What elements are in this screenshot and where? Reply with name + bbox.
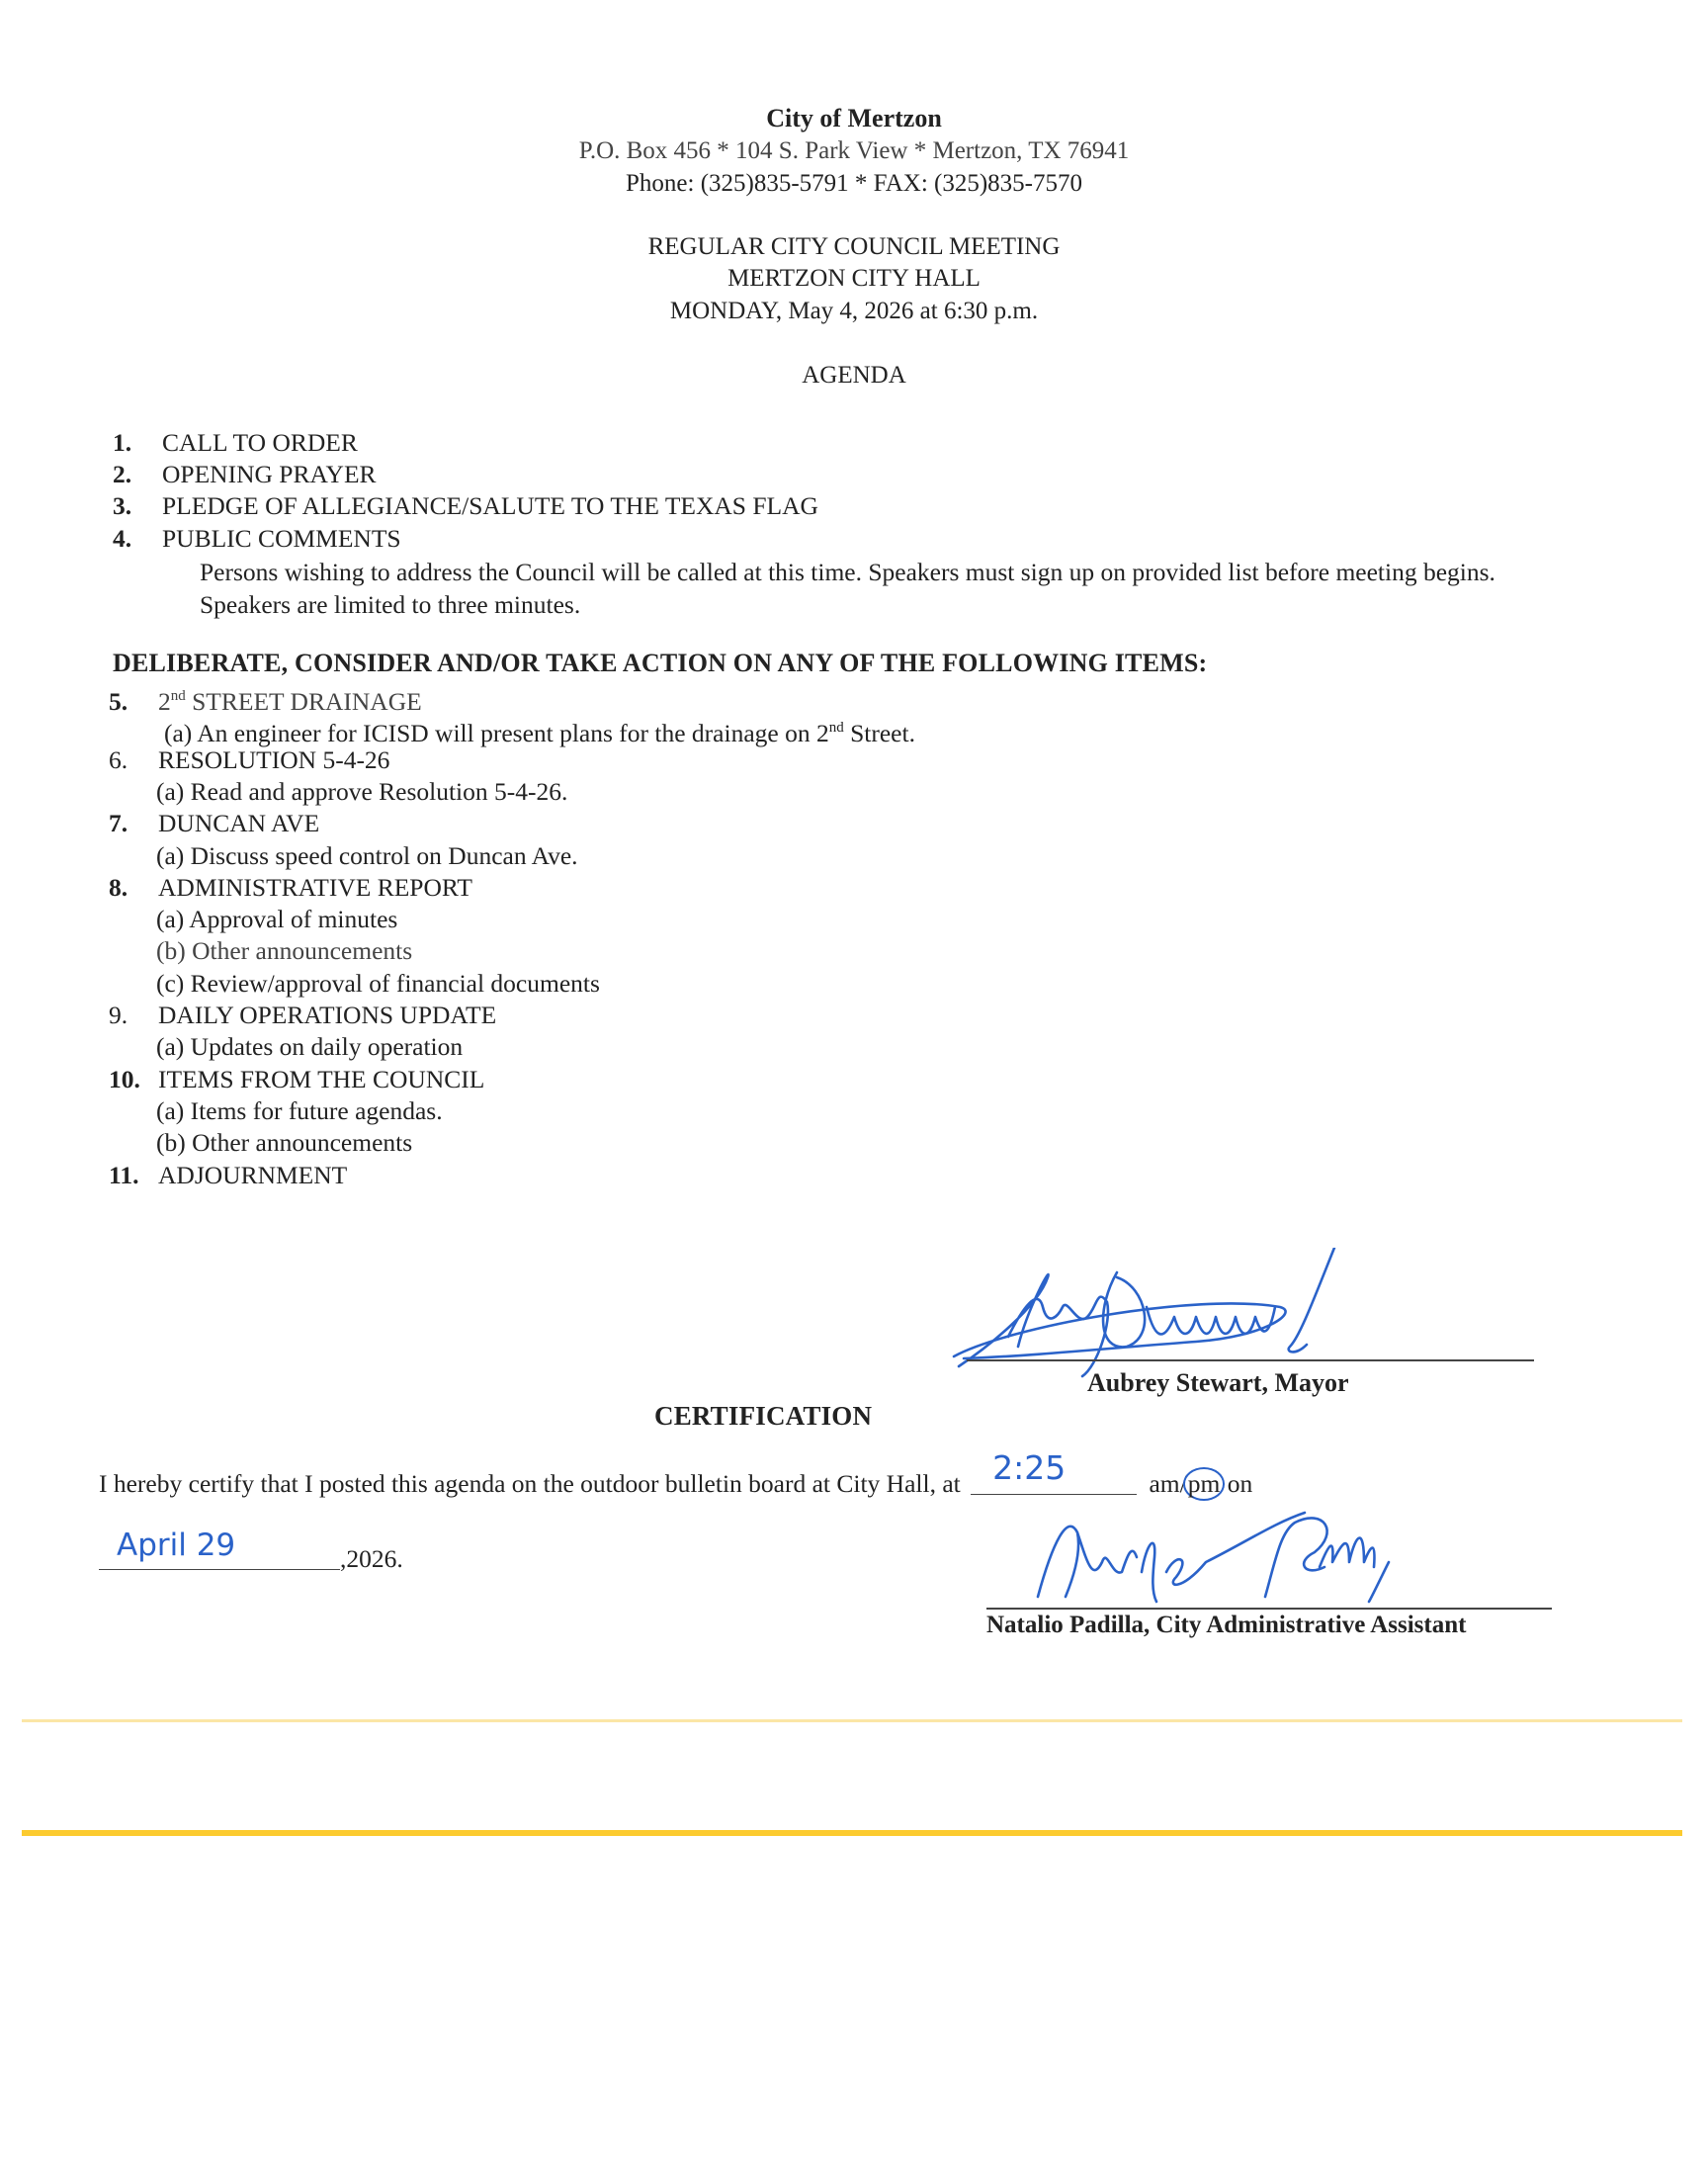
time-field[interactable]: 2:25 [971, 1470, 1137, 1495]
item-label: OPENING PRAYER [162, 460, 377, 488]
public-comments-note: Persons wishing to address the Council w… [200, 556, 1583, 621]
item-label: DAILY OPERATIONS UPDATE [158, 1001, 496, 1029]
item-number: 11. [109, 1160, 158, 1191]
assistant-signature-line [986, 1608, 1552, 1610]
item-number: 4. [113, 523, 162, 555]
item-number: 10. [109, 1064, 158, 1095]
certification-statement: I hereby certify that I posted this agen… [99, 1469, 961, 1498]
org-name: City of Mertzon [0, 103, 1708, 133]
item-number: 2. [113, 459, 162, 490]
assistant-signature-icon [1008, 1503, 1423, 1621]
item-number: 9. [109, 1000, 158, 1031]
mayor-name: Aubrey Stewart, Mayor [1087, 1368, 1349, 1398]
yellow-rule-thick [22, 1830, 1682, 1836]
meeting-location: MERTZON CITY HALL [0, 263, 1708, 294]
agenda-item: 10.ITEMS FROM THE COUNCIL [109, 1064, 484, 1095]
date-field[interactable]: April 29 [99, 1545, 340, 1570]
item-number: 1. [113, 427, 162, 459]
agenda-subitem: (a) Read and approve Resolution 5-4-26. [156, 776, 567, 808]
time-handwritten: 2:25 [992, 1448, 1066, 1487]
year-label: ,2026. [340, 1544, 403, 1573]
item-label: CALL TO ORDER [162, 428, 358, 457]
item-number: 6. [109, 744, 158, 776]
agenda-item: 11.ADJOURNMENT [109, 1160, 347, 1191]
certification-heading: CERTIFICATION [654, 1401, 872, 1432]
agenda-item: 3.PLEDGE OF ALLEGIANCE/SALUTE TO THE TEX… [113, 490, 818, 522]
item-number: 3. [113, 490, 162, 522]
agenda-item: 4.PUBLIC COMMENTS [113, 523, 401, 555]
agenda-item: 8.ADMINISTRATIVE REPORT [109, 872, 472, 904]
agenda-subitem: (b) Other announcements [156, 1127, 412, 1159]
agenda-item: 2.OPENING PRAYER [113, 459, 377, 490]
mayor-signature-icon [949, 1248, 1344, 1386]
yellow-rule-thin [22, 1719, 1682, 1722]
am-label: am/ [1149, 1469, 1186, 1498]
agenda-item: 1.CALL TO ORDER [113, 427, 358, 459]
item-label: PUBLIC COMMENTS [162, 524, 401, 553]
item-label: RESOLUTION 5-4-26 [158, 745, 389, 774]
superscript: nd [829, 720, 844, 736]
assistant-name: Natalio Padilla, City Administrative Ass… [986, 1612, 1466, 1639]
agenda-subitem: (a) Items for future agendas. [156, 1095, 443, 1127]
pm-circled: pm [1183, 1467, 1226, 1501]
certification-statement-row: I hereby certify that I posted this agen… [99, 1469, 1252, 1499]
item-label: ADJOURNMENT [158, 1161, 347, 1189]
item-number: 7. [109, 808, 158, 839]
agenda-item: 6.RESOLUTION 5-4-26 [109, 744, 389, 776]
org-phone-fax: Phone: (325)835-5791 * FAX: (325)835-757… [0, 168, 1708, 199]
item-label: DUNCAN AVE [158, 809, 319, 837]
agenda-subitem: (a) Updates on daily operation [156, 1031, 463, 1063]
agenda-item: 7.DUNCAN AVE [109, 808, 319, 839]
meeting-datetime: MONDAY, May 4, 2026 at 6:30 p.m. [0, 296, 1708, 326]
action-heading: DELIBERATE, CONSIDER AND/OR TAKE ACTION … [113, 649, 1207, 678]
meeting-title: REGULAR CITY COUNCIL MEETING [0, 231, 1708, 262]
certification-date-row: April 29 ,2026. [99, 1544, 403, 1574]
superscript: nd [171, 688, 186, 704]
item-number: 8. [109, 872, 158, 904]
item-label: ADMINISTRATIVE REPORT [158, 873, 472, 902]
agenda-subitem: (b) Other announcements [156, 935, 412, 967]
item-number: 5. [109, 686, 158, 718]
agenda-label: AGENDA [0, 360, 1708, 391]
agenda-subitem: (a) Discuss speed control on Duncan Ave. [156, 840, 578, 872]
date-handwritten: April 29 [117, 1528, 235, 1563]
agenda-subitem: (c) Review/approval of financial documen… [156, 968, 600, 1000]
mayor-signature-line [967, 1359, 1534, 1361]
on-label: on [1228, 1469, 1253, 1498]
item-label: PLEDGE OF ALLEGIANCE/SALUTE TO THE TEXAS… [162, 491, 818, 520]
item-label: ITEMS FROM THE COUNCIL [158, 1065, 484, 1093]
org-address: P.O. Box 456 * 104 S. Park View * Mertzo… [0, 135, 1708, 166]
agenda-subitem: (a) Approval of minutes [156, 904, 397, 935]
agenda-item: 9.DAILY OPERATIONS UPDATE [109, 1000, 496, 1031]
